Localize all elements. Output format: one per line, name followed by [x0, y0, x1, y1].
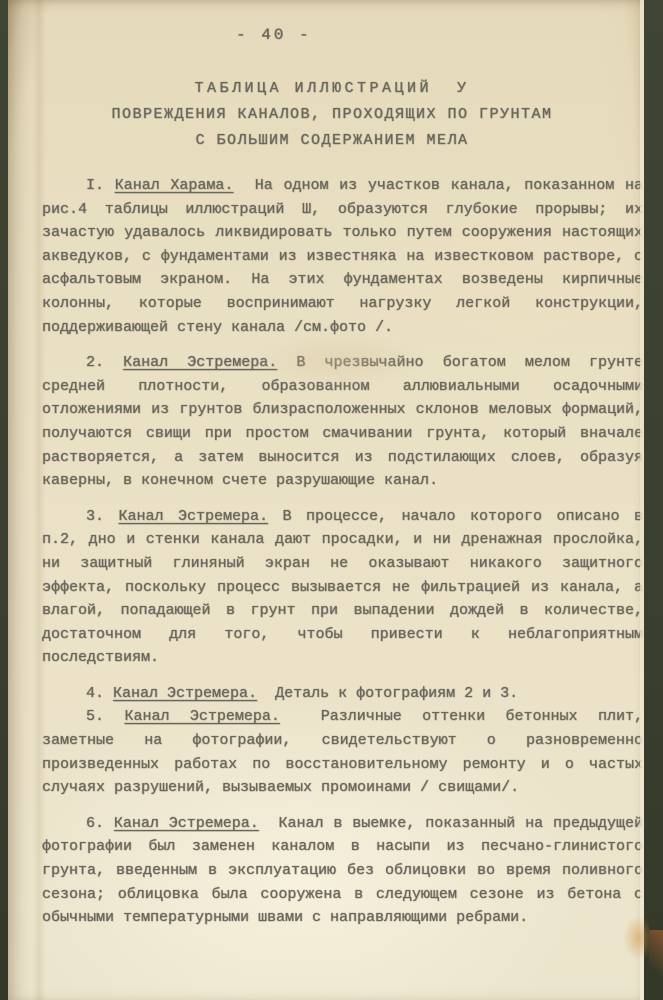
item-text: В чрезвычайно богатом мелом грунте средн…	[42, 354, 643, 489]
list-item-2: 2. Канал Эстремера. В чрезвычайно богато…	[42, 351, 643, 493]
item-text: Деталь к фотографиям 2 и 3.	[275, 685, 518, 702]
item-title: Канал Эстремера.	[123, 354, 277, 371]
page-number: - 40 -	[236, 26, 312, 44]
item-title: Канал Эстремера.	[119, 508, 269, 525]
item-number: 4.	[86, 685, 104, 702]
list-item-3: 3. Канал Эстремера. В процессе, начало к…	[42, 505, 643, 670]
item-number: 5.	[86, 708, 104, 725]
item-title: Канал Эстремера.	[124, 708, 279, 725]
item-number: I.	[86, 177, 104, 194]
list-item-6: 6. Канал Эстремера. Канал в выемке, пока…	[42, 812, 643, 930]
list-item-5: 5. Канал Эстремера. Различные оттенки бе…	[42, 705, 643, 799]
item-title: Канал Харама.	[115, 177, 234, 194]
item-number: 3.	[86, 508, 104, 525]
document-body: I. Канал Харама. На одном из участков ка…	[42, 174, 643, 942]
item-number: 6.	[86, 815, 104, 832]
title-line-3: С БОЛЬШИМ СОДЕРЖАНИЕМ МЕЛА	[42, 128, 622, 154]
item-text: В процессе, начало которого описано в п.…	[42, 508, 643, 667]
item-text: На одном из участков канала, показанном …	[42, 177, 643, 336]
title-line-1: ТАБЛИЦА ИЛЛЮСТРАЦИЙ У	[42, 76, 622, 102]
corner-stain	[649, 930, 663, 1000]
list-item-4: 4. Канал Эстремера. Деталь к фотографиям…	[42, 682, 643, 706]
list-item-1: I. Канал Харама. На одном из участков ка…	[42, 174, 643, 339]
title-line-2: ПОВРЕЖДЕНИЯ КАНАЛОВ, ПРОХОДЯЩИХ ПО ГРУНТ…	[42, 102, 622, 128]
paper-sheet: - 40 - ТАБЛИЦА ИЛЛЮСТРАЦИЙ У ПОВРЕЖДЕНИЯ…	[8, 0, 644, 1000]
document-title: ТАБЛИЦА ИЛЛЮСТРАЦИЙ У ПОВРЕЖДЕНИЯ КАНАЛО…	[42, 76, 622, 154]
scanned-document-page: { "page": { "number": "- 40 -", "title_l…	[0, 0, 663, 1000]
item-number: 2.	[86, 354, 104, 371]
item-title: Канал Эстремера.	[113, 685, 257, 702]
item-title: Канал Эстремера.	[114, 815, 259, 832]
